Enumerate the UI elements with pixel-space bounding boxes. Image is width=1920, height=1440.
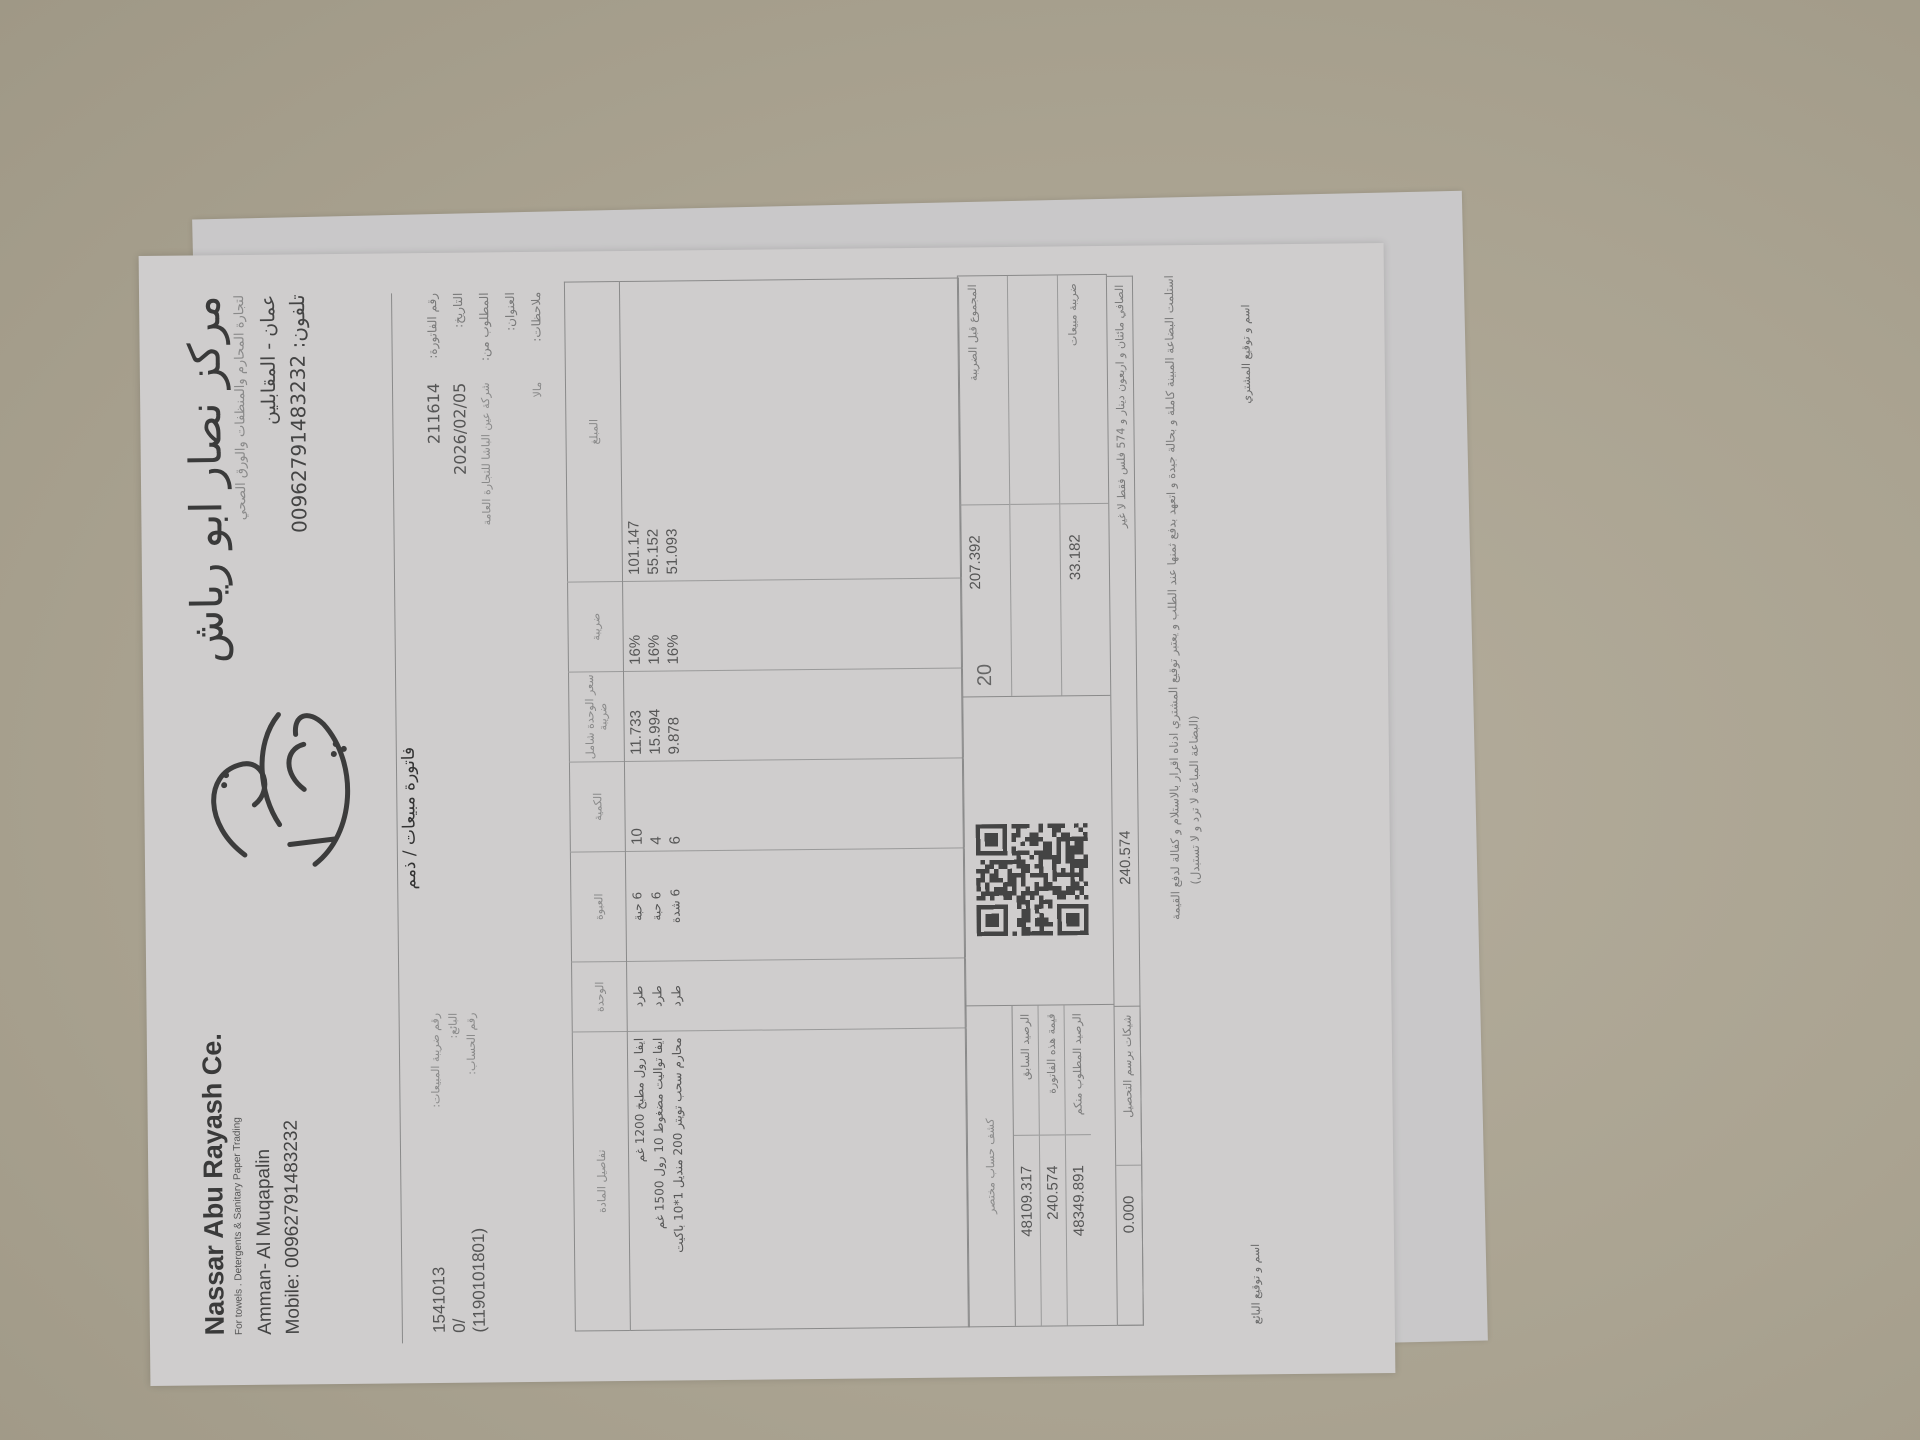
account-summary-title: كشف حساب مختصر xyxy=(966,1006,1016,1326)
col-description-header: تفاصيل المادة xyxy=(572,1031,630,1331)
company-address-ar: عمان - المقابلين xyxy=(257,295,283,715)
invoice-value-label: قيمة هذه الفاتورة xyxy=(1039,1005,1065,1134)
company-block-english: Nassar Abu Rayash Ce. For towels . Deter… xyxy=(196,934,305,1335)
col-quantity-header: الكمية xyxy=(569,761,625,852)
net-total-in-words: الصافي مائتان و اربعون دينار و 574 فلس ف… xyxy=(1113,285,1129,529)
balance-due: 48349.891 xyxy=(1066,1134,1093,1325)
buyer-signature: اسم و توقيع المشتري xyxy=(1239,304,1253,403)
company-phone-en: Mobile: 00962791483232 xyxy=(279,934,305,1334)
invoice-page: مركز نصار ابو رياش لتجارة المحارم والمنظ… xyxy=(139,243,1396,1386)
company-name-en: Nassar Abu Rayash Ce. xyxy=(196,935,231,1335)
blank-value xyxy=(1010,504,1061,696)
amount-cell: 101.14755.15251.093 xyxy=(619,278,961,582)
invoice-date: 2026/02/05 xyxy=(449,383,469,475)
tax-row: ضريبة مبيعات33.182 xyxy=(1058,275,1110,695)
info-row: ملاحظات:مالا xyxy=(523,292,554,812)
blank-label xyxy=(1008,275,1059,505)
package-cell: 6 حبة6 حبة6 شدة xyxy=(625,848,965,962)
sales-tax-number: 1541013 xyxy=(428,1133,450,1333)
date-label: التاريخ: xyxy=(451,293,466,383)
tax-cell: 16%16%16% xyxy=(623,578,963,672)
address-label: العنوان: xyxy=(503,292,518,382)
previous-balance: 48109.317 xyxy=(1014,1135,1041,1326)
company-address-en: Amman- Al Muqapalin xyxy=(251,935,277,1335)
quantity-cell: 1046 xyxy=(624,758,964,852)
sales-tax-number-label: رقم ضريبة المبيعات: xyxy=(427,1013,446,1133)
subtotal-label: المجموع قبل الضريبة xyxy=(958,276,1009,506)
company-block-arabic: مركز نصار ابو رياش لتجارة المحارم والمنظ… xyxy=(179,294,313,715)
calligraphy-logo-icon xyxy=(183,684,375,886)
balance-due-label: الرصيد المطلوب منكم xyxy=(1065,1005,1091,1134)
checks-value: 0.000 xyxy=(1116,1165,1143,1325)
invoice-number: 211614 xyxy=(423,383,443,444)
company-name-ar: مركز نصار ابو رياش xyxy=(179,295,234,716)
account-number: (1190101801) xyxy=(468,1132,490,1332)
account-row: 240.574قيمة هذه الفاتورة xyxy=(1039,1005,1068,1325)
company-phone-ar: تلفون: 00962791483232 xyxy=(285,294,313,714)
customer-name: شركة عين الباشا للتجارة العامة xyxy=(478,382,492,525)
subtotal-value: 207.392 xyxy=(960,505,1011,697)
col-package-header: العبوة xyxy=(570,851,626,962)
blank-row xyxy=(1008,275,1062,696)
qr-code-icon xyxy=(976,823,1089,936)
notes-label: ملاحظات: xyxy=(529,292,544,382)
items-table: المبلغ ضريبة سعر الوحدة شامل ضريبة الكمي… xyxy=(564,277,970,1331)
account-row: 48109.317الرصيد السابق xyxy=(1013,1006,1042,1326)
col-tax-header: ضريبة xyxy=(568,581,624,672)
company-tagline-en: For towels . Detergents & Sanitary Paper… xyxy=(230,935,245,1335)
col-unit-price-header: سعر الوحدة شامل ضريبة xyxy=(568,671,624,762)
invoice-header: مركز نصار ابو رياش لتجارة المحارم والمنظ… xyxy=(179,293,410,1345)
seller-label: البائع: xyxy=(445,1013,464,1133)
sales-tax-value: 33.182 xyxy=(1060,504,1110,695)
account-row: 48349.891الرصيد المطلوب منكم xyxy=(1065,1005,1093,1325)
invoice-info-left: 1541013 0/ (1190101801) رقم ضريبة المبيع… xyxy=(425,852,490,1333)
invoice-sums: المجموع قبل الضريبة207.392 ضريبة مبيعات3… xyxy=(958,275,1110,698)
seller-value: 0/ xyxy=(448,1133,470,1333)
subtotal-row: المجموع قبل الضريبة207.392 xyxy=(958,276,1012,697)
table-row: 101.14755.15251.093 16%16%16% 11.73315.9… xyxy=(619,278,969,1330)
account-summary: كشف حساب مختصر 48109.317الرصيد السابق 24… xyxy=(966,1004,1117,1327)
invoice-value: 240.574 xyxy=(1040,1134,1067,1325)
seller-signature: اسم و توقيع البائع xyxy=(1249,1244,1263,1325)
company-tagline-ar: لتجارة المحارم والمنظفات والورق الصحي xyxy=(232,295,251,715)
unit-price-cell: 11.73315.9949.878 xyxy=(623,668,963,762)
terms-notes: استلمت البضاعة المبينة كاملة و بحالة جيد… xyxy=(1159,275,1210,1325)
description-cell: ايفا رول مطبخ 1200 غمايفا تواليت مضغوط 1… xyxy=(627,1028,969,1331)
col-amount-header: المبلغ xyxy=(564,282,622,583)
invoice-number-label: رقم الفاتورة: xyxy=(425,293,440,383)
sales-tax-label: ضريبة مبيعات xyxy=(1058,275,1108,504)
checks-label: شيكات برسم التحصيل xyxy=(1115,1007,1142,1165)
customer-label: المطلوب من: xyxy=(477,292,492,382)
invoice-notes: مالا xyxy=(530,382,543,398)
totals-section: كشف حساب مختصر 48109.317الرصيد السابق 24… xyxy=(957,274,1118,1328)
invoice-info-right: رقم الفاتورة:211614 التاريخ:2026/02/05 ا… xyxy=(419,292,554,813)
unit-cell: طردطردطرد xyxy=(627,958,967,1032)
account-number-label: رقم الحساب: xyxy=(463,1013,482,1133)
previous-balance-label: الرصيد السابق xyxy=(1013,1006,1039,1135)
col-unit-header: الوحدة xyxy=(572,961,628,1032)
checks-row: 0.000 شيكات برسم التحصيل xyxy=(1115,1006,1144,1326)
